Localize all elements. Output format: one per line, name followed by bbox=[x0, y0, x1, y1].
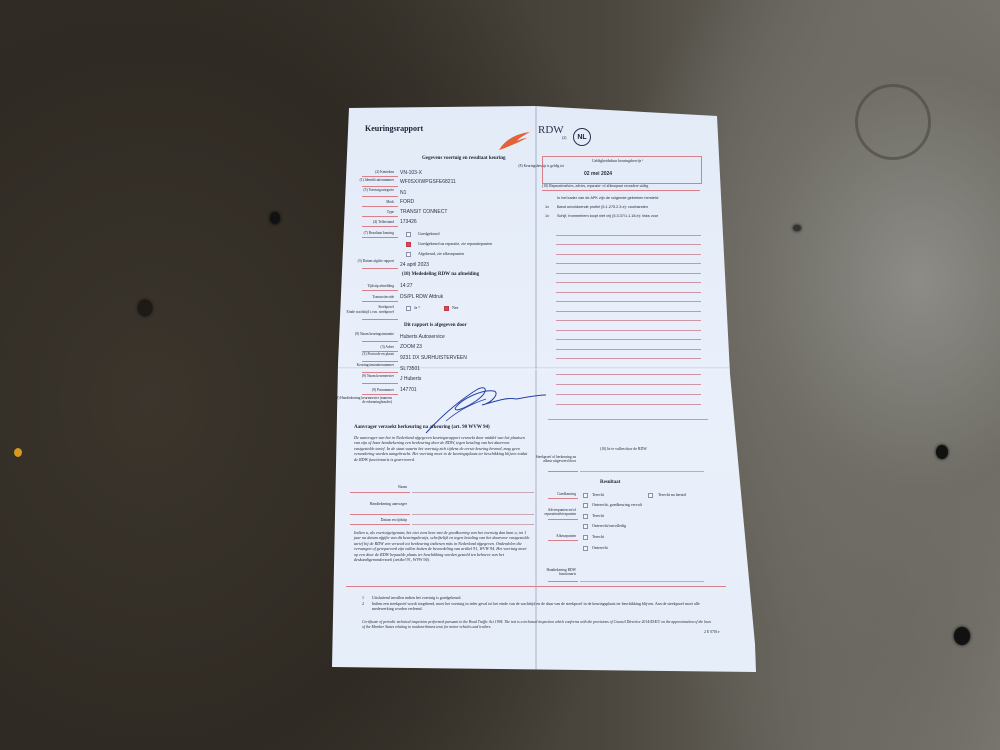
floor-paint-fleck bbox=[14, 448, 22, 457]
advice-intro: In het kader van de APK zijn de volgende… bbox=[557, 196, 659, 200]
result-label: (7) Resultaat keuring bbox=[334, 231, 394, 235]
inspection-report-document: Keuringsrapport RDW (2) NL Gegevens voer… bbox=[332, 104, 756, 672]
field-label: Type bbox=[334, 210, 394, 214]
advice-heading: (10) Reparatieadvies, advies, reparatie-… bbox=[542, 184, 648, 188]
underline bbox=[362, 319, 398, 320]
field-value-odometer: 173426 bbox=[400, 219, 417, 225]
field-value-category: N1 bbox=[400, 190, 406, 196]
footnote-text: Indien een steekproef wordt toegekend, m… bbox=[372, 601, 720, 611]
section-vehicle-heading: Gegevens voertuig en resultaat keuring bbox=[422, 156, 506, 161]
rdw-option: Onterecht bbox=[592, 545, 608, 550]
underline bbox=[362, 237, 398, 238]
underline bbox=[362, 341, 398, 342]
field-label: (9) Handtekening keurmeester (namens de … bbox=[334, 396, 392, 404]
footnote-number: 2 bbox=[362, 601, 364, 606]
rdw-option: Onterecht/onvolledig bbox=[592, 523, 626, 528]
sample-checkbox-yes[interactable] bbox=[406, 306, 411, 311]
transaction-label: Transactiecode bbox=[334, 295, 394, 299]
rdw-sample-input-line[interactable] bbox=[580, 471, 704, 472]
underline bbox=[362, 301, 398, 302]
underline bbox=[350, 492, 410, 493]
owner-text: Indien u, als voertuigeigenaar, het niet… bbox=[354, 530, 530, 562]
result-heading: Resultaat bbox=[600, 480, 620, 485]
divider bbox=[346, 586, 726, 587]
datetime-input-line[interactable] bbox=[412, 524, 534, 525]
field-value-station-number: SL73501 bbox=[400, 366, 420, 372]
floor-hole bbox=[936, 445, 948, 459]
rdw-checkbox[interactable] bbox=[583, 514, 588, 519]
field-value-vin: WF0SXXWPGSFE68211 bbox=[400, 179, 456, 185]
request-field-label: Naam bbox=[372, 485, 407, 489]
underline bbox=[362, 268, 398, 269]
section-request-heading: Aanvrager verzoekt herkeuring na afkeuri… bbox=[354, 425, 490, 430]
rdw-checkbox[interactable] bbox=[583, 524, 588, 529]
rdw-option: Onterecht, goedkeuring vervalt bbox=[592, 502, 642, 507]
rdw-option: Terecht bbox=[592, 534, 604, 539]
underline bbox=[350, 524, 410, 525]
advice-item: Band onvoldoende profiel (5.1.275.2.3.e)… bbox=[557, 205, 648, 209]
field-label: (5) Voertuigcategorie bbox=[334, 188, 394, 192]
time-label: Tijdstip afmelding bbox=[334, 284, 394, 288]
transaction-value: DS/PL RDW Afdruk bbox=[400, 294, 443, 300]
field-value-license-plate: VN-103-X bbox=[400, 170, 422, 176]
advice-count: 1x bbox=[545, 214, 549, 218]
rdw-signature-label: Handtekening RDW functionaris bbox=[532, 568, 576, 576]
field-value-type: TRANSIT CONNECT bbox=[400, 209, 447, 215]
underline bbox=[362, 186, 398, 187]
rdw-section-heading: (10) In te vullen door de RDW bbox=[600, 447, 647, 451]
floor-hole bbox=[793, 225, 801, 231]
underline bbox=[548, 540, 578, 541]
validity-value: 02 mei 2024 bbox=[584, 171, 612, 177]
result-option: Afgekeurd, zie afkeurpunten bbox=[418, 251, 464, 256]
field-label: (4) Tellerstand bbox=[334, 220, 394, 224]
fold-line-horizontal bbox=[332, 367, 756, 370]
section-notice-heading: (18) Mededeling RDW na afmelding bbox=[402, 272, 479, 277]
issuer-name: RDW bbox=[538, 124, 564, 136]
field-label: Merk bbox=[334, 200, 394, 204]
result-checkbox-approved-after-repair[interactable] bbox=[406, 242, 411, 247]
field-value-postcode: 9231 DX SURHUISTERVEEN bbox=[400, 355, 467, 361]
advice-item: Schijf, trommelrem loopt niet vrij (5.3.… bbox=[557, 214, 658, 218]
underline bbox=[548, 519, 578, 520]
signature-input-line[interactable] bbox=[412, 514, 534, 515]
footnote-number: 1 bbox=[362, 595, 364, 600]
field-value-address: ZOOM 23 bbox=[400, 344, 422, 350]
rdw-checkbox[interactable] bbox=[583, 535, 588, 540]
floor-hole bbox=[270, 212, 280, 224]
result-option: Goedgekeurd bbox=[418, 231, 440, 236]
time-value: 14:27 bbox=[400, 283, 413, 289]
rdw-option: Terecht bbox=[592, 513, 604, 518]
underline bbox=[548, 471, 578, 472]
field-label: (3) Adres bbox=[334, 345, 394, 349]
sample-option: Ja ² bbox=[414, 305, 420, 310]
advice-count: 1x bbox=[545, 205, 549, 209]
rdw-checkbox[interactable] bbox=[583, 546, 588, 551]
sample-option: Nee bbox=[452, 305, 458, 310]
rdw-signature-input-line[interactable] bbox=[580, 581, 704, 582]
section-issued-heading: Dit rapport is afgegeven door bbox=[404, 323, 467, 328]
form-code: 2 E 0701e bbox=[704, 630, 719, 634]
underline bbox=[362, 216, 398, 217]
sample-sublabel: Einde wachttijd i.v.m. steekproef bbox=[334, 310, 394, 314]
underline bbox=[362, 226, 398, 227]
rdw-sample-label: Steekproef of herkeuring na afkeur uitge… bbox=[532, 455, 576, 463]
rdw-option: Terecht na herstel bbox=[658, 492, 686, 497]
name-input-line[interactable] bbox=[412, 492, 534, 493]
result-checkbox-approved[interactable] bbox=[406, 232, 411, 237]
document-title: Keuringsrapport bbox=[365, 124, 423, 133]
underline bbox=[362, 176, 398, 177]
validity-label: (8) Keuringsbewijs is geldig tot bbox=[512, 164, 564, 168]
request-text: De aanvrager van het in Nederland afgege… bbox=[354, 435, 530, 462]
rdw-option: Terecht bbox=[592, 492, 604, 497]
field-value-make: FORD bbox=[400, 199, 414, 205]
rdw-result-label: Adviespunten en/of reparatieadviespunten bbox=[532, 508, 576, 516]
underline bbox=[548, 581, 578, 582]
field-label: Keuringsinstantienummer bbox=[334, 363, 394, 367]
result-checkbox-rejected[interactable] bbox=[406, 252, 411, 257]
rdw-result-label: Goedkeuring bbox=[532, 492, 576, 496]
floor-hole bbox=[138, 300, 152, 316]
underline bbox=[548, 498, 578, 499]
date-value: 24 april 2023 bbox=[400, 262, 429, 268]
footnote-text: Uitsluitend invullen indien het voertuig… bbox=[372, 595, 732, 600]
field-label: (9) Pasnummer bbox=[334, 388, 394, 392]
field-label: (9) Naam keuringsinstantie bbox=[334, 332, 394, 336]
sample-checkbox-no[interactable] bbox=[444, 306, 449, 311]
rdw-checkbox[interactable] bbox=[648, 493, 653, 498]
field-label: (2) Kenteken bbox=[334, 170, 394, 174]
sample-label: Steekproef bbox=[334, 305, 394, 309]
underline bbox=[362, 206, 398, 207]
underline bbox=[362, 372, 398, 373]
floor-hole bbox=[954, 627, 970, 645]
field-label: (9) Naam keurmeester bbox=[334, 374, 394, 378]
underline bbox=[362, 196, 398, 197]
rdw-checkbox[interactable] bbox=[583, 493, 588, 498]
underline bbox=[542, 190, 700, 191]
request-field-label: Datum en tijdstip bbox=[362, 518, 407, 522]
field-label: (3) Postcode en plaats bbox=[334, 352, 394, 356]
country-badge: NL bbox=[573, 128, 591, 146]
field-value-pass-number: 147701 bbox=[400, 387, 417, 393]
rdw-logo-icon bbox=[497, 130, 532, 152]
certificate-text: Certificate of periodic technical inspec… bbox=[362, 620, 714, 630]
field-value-station: Huberts Autoservice bbox=[400, 334, 445, 340]
floor-stain-ring bbox=[855, 84, 931, 160]
request-field-label: Handtekening aanvrager bbox=[362, 502, 407, 506]
field-label: (1) Identificatienummer bbox=[334, 178, 394, 182]
underline bbox=[362, 290, 398, 291]
underline bbox=[362, 383, 398, 384]
underline bbox=[350, 514, 410, 515]
date-label: (3) Datum afgifte rapport bbox=[334, 259, 394, 263]
result-option: Goedgekeurd na reparatie, zie reparatiep… bbox=[418, 241, 492, 246]
underline bbox=[362, 394, 398, 395]
underline bbox=[362, 361, 398, 362]
rdw-checkbox[interactable] bbox=[583, 503, 588, 508]
country-note: (2) bbox=[562, 136, 566, 140]
rdw-result-label: Afkeurpunten bbox=[532, 534, 576, 538]
validity-title: Geldigheidsduur keuringsbewijs ¹ bbox=[592, 159, 643, 163]
